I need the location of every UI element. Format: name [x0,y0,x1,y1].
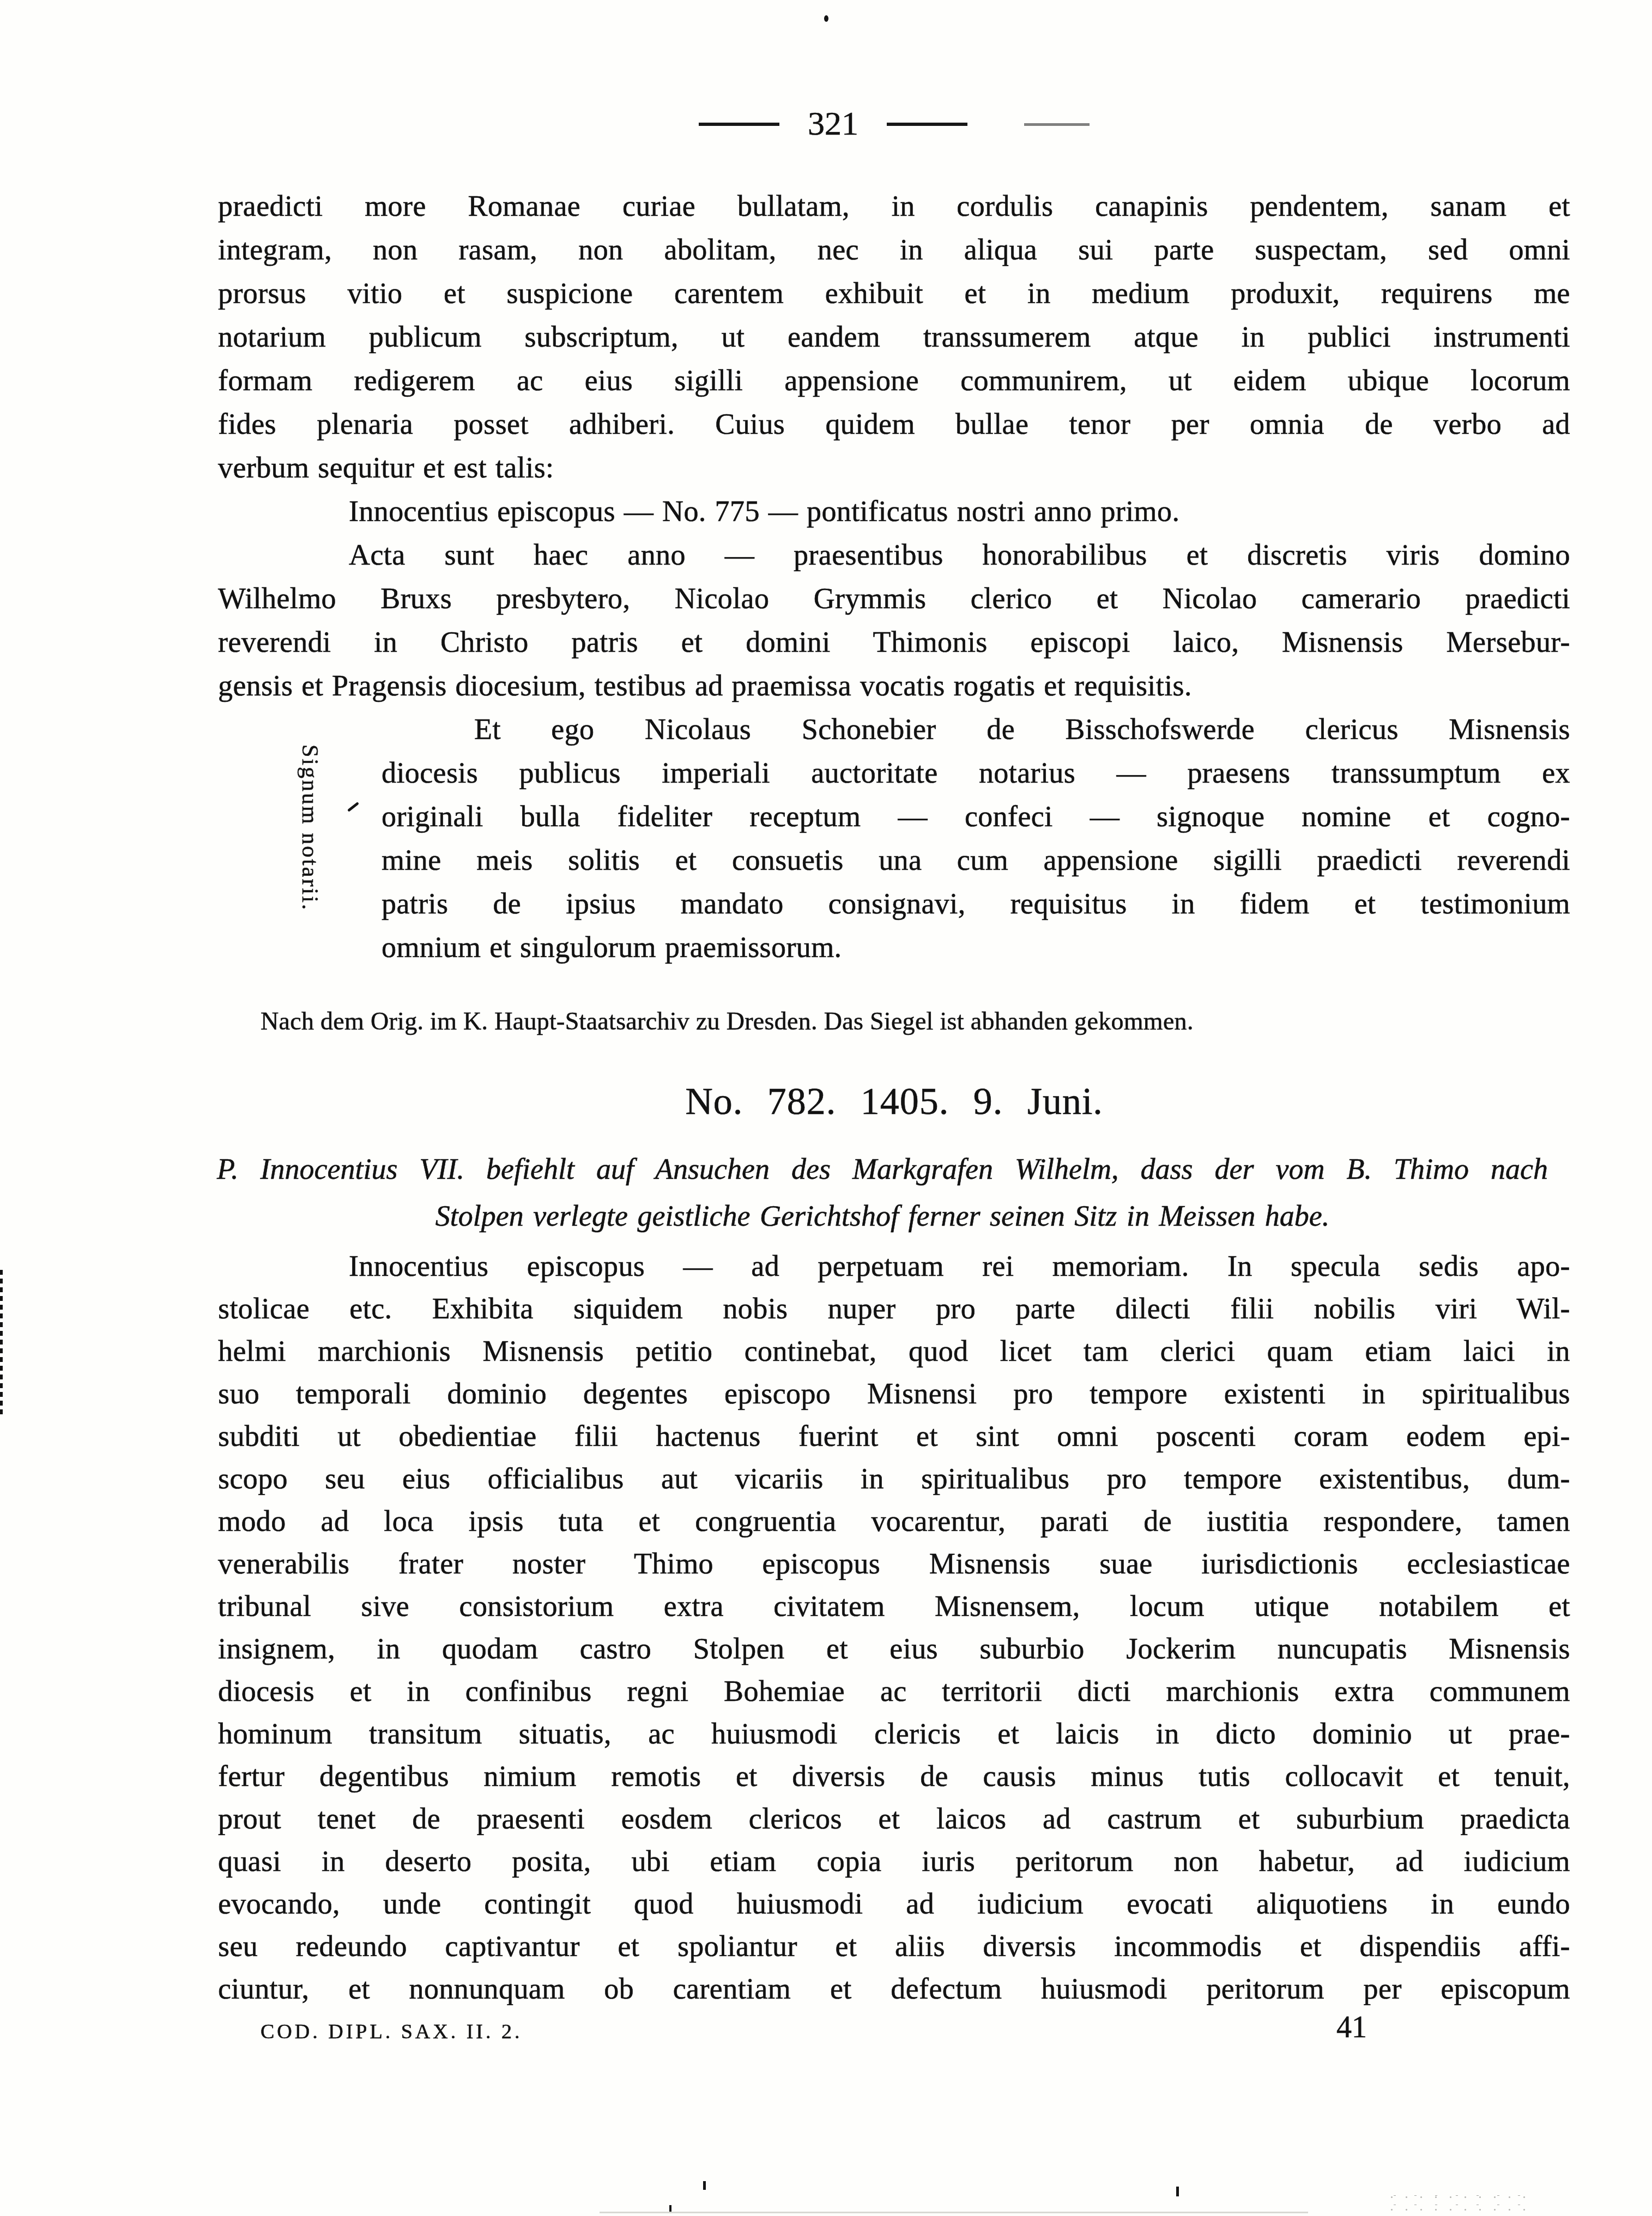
scan-speck [1176,2187,1179,2196]
source-note: Nach dem Orig. im K. Haupt-Staatsarchiv … [261,1006,1514,1037]
sheet-number: 41 [1336,2010,1367,2045]
text-line: fertur degentibus nimium remotis et dive… [218,1755,1570,1797]
text-line: formam redigerem ac eius sigilli appensi… [218,359,1570,402]
text-line: gensis et Pragensis diocesium, testibus … [218,664,1570,707]
text-line: ciuntur, et nonnunquam ob carentiam et d… [218,1967,1570,2010]
text-line: venerabilis frater noster Thimo episcopu… [218,1542,1570,1585]
text-line: patris de ipsius mandato consignavi, req… [382,882,1570,925]
text-line: stolicae etc. Exhibita siquidem nobis nu… [218,1287,1570,1330]
text-line: Acta sunt haec anno — praesentibus honor… [218,533,1570,577]
text-line: verbum sequitur et est talis: [218,446,1570,489]
charter-heading: No. 782. 1405. 9. Juni. [218,1082,1570,1122]
text-line: seu redeundo captivantur et spoliantur e… [218,1925,1570,1967]
text-line: evocando, unde contingit quod huiusmodi … [218,1882,1570,1925]
text-line: hominum transitum situatis, ac huiusmodi… [218,1712,1570,1755]
scanned-book-page: 321 praedicti more Romanae curiae bullat… [0,0,1652,2216]
scan-edge-mark [0,1270,3,1418]
scan-speck [703,2181,706,2190]
text-line: prorsus vitio et suspicione carentem exh… [218,271,1570,315]
text-line: praedicti more Romanae curiae bullatam, … [218,184,1570,228]
text-line: scopo seu eius officialibus aut vicariis… [218,1457,1570,1500]
header-rule-left [699,123,779,126]
scan-speck [824,15,828,22]
text-line: helmi marchionis Misnensis petitio conti… [218,1330,1570,1372]
text-line: diocesis publicus imperiali auctoritate … [382,751,1570,795]
text-line: Et ego Nicolaus Schonebier de Bisschofsw… [382,707,1570,751]
margin-note-signum-notarii: Signum notarii. [296,744,323,924]
text-line: modo ad loca ipsis tuta et congruentia v… [218,1500,1570,1542]
text-line: mine meis solitis et consuetis una cum a… [382,838,1570,882]
text-line: originali bulla fideliter receptum — con… [382,795,1570,838]
text-line: tribunal sive consistorium extra civitat… [218,1585,1570,1627]
summary-line: Stolpen verlegte geistliche Gerichtshof … [217,1192,1548,1239]
page-header: 321 [218,107,1570,141]
charter-body-block: Innocentius episcopus — ad perpetuam rei… [218,1245,1570,2010]
text-line: prout tenet de praesenti eosdem clericos… [218,1797,1570,1840]
notary-subscription-block: Et ego Nicolaus Schonebier de Bisschofsw… [382,707,1570,969]
text-line: quasi in deserto posita, ubi etiam copia… [218,1840,1570,1882]
scan-hairline [600,2212,1308,2213]
text-line: reverendi in Christo patris et domini Th… [218,620,1570,664]
summary-line: P. Innocentius VII. befiehlt auf Ansuche… [217,1146,1548,1192]
text-line: integram, non rasam, non abolitam, nec i… [218,228,1570,271]
volume-signature: COD. DIPL. SAX. II. 2. [261,2020,523,2044]
transsumpt-block: praedicti more Romanae curiae bullatam, … [218,184,1570,969]
text-line: fides plenaria posset adhiberi. Cuius qu… [218,402,1570,446]
charter-summary: P. Innocentius VII. befiehlt auf Ansuche… [217,1146,1548,1239]
text-line: Wilhelmo Bruxs presbytero, Nicolao Grymm… [218,577,1570,620]
text-line: suo temporali dominio degentes episcopo … [218,1372,1570,1415]
text-line: insignem, in quodam castro Stolpen et ei… [218,1627,1570,1670]
bull-incipit-line: Innocentius episcopus — No. 775 — pontif… [218,489,1570,533]
scan-speck [669,2205,671,2212]
page-number: 321 [808,105,858,142]
header-rule-right-faint [1024,123,1090,126]
scan-speckle-cluster [1384,2191,1532,2214]
text-line: notarium publicum subscriptum, ut eandem… [218,315,1570,359]
text-line: subditi ut obedientiae filii hactenus fu… [218,1415,1570,1457]
header-rule-right [887,123,967,126]
text-line: diocesis et in confinibus regni Bohemiae… [218,1670,1570,1712]
text-line: omnium et singulorum praemissorum. [382,925,1570,969]
text-line: Innocentius episcopus — ad perpetuam rei… [218,1245,1570,1287]
